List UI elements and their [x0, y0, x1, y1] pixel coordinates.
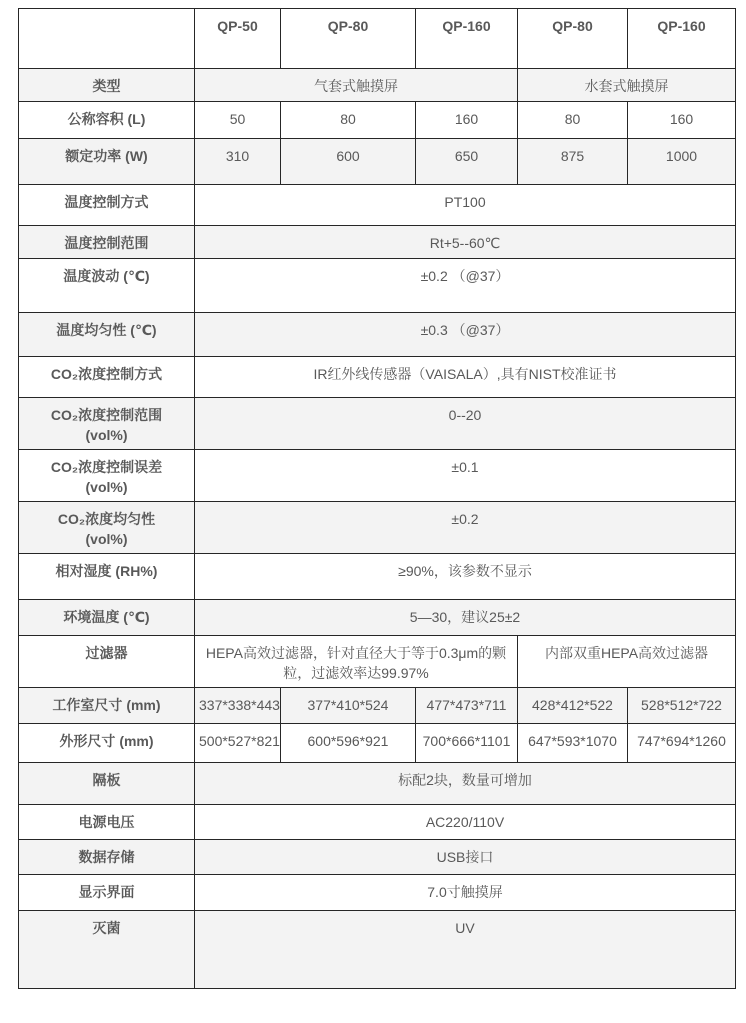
value-temp-control-method: PT100 — [195, 185, 736, 226]
label-filter: 过滤器 — [19, 636, 195, 688]
row-co2-control-range: CO₂浓度控制范围 (vol%) 0--20 — [19, 398, 736, 450]
value-sterilization: UV — [195, 911, 736, 989]
value-shelves: 标配2块，数量可增加 — [195, 763, 736, 805]
row-co2-control-method: CO₂浓度控制方式 IR红外线传感器（VAISALA）,具有NIST校准证书 — [19, 357, 736, 398]
row-co2-uniformity: CO₂浓度均匀性 (vol%) ±0.2 — [19, 502, 736, 554]
col-header-qp50: QP-50 — [195, 9, 281, 69]
value-filter-water-jacket: 内部双重HEPA高效过滤器 — [518, 636, 736, 688]
row-rated-power: 额定功率 (W) 310 600 650 875 1000 — [19, 139, 736, 185]
value-rated-power-4: 1000 — [628, 139, 736, 185]
label-relative-humidity: 相对湿度 (RH%) — [19, 554, 195, 600]
label-power-voltage: 电源电压 — [19, 805, 195, 840]
value-power-voltage: AC220/110V — [195, 805, 736, 840]
value-rated-power-0: 310 — [195, 139, 281, 185]
label-shelves: 隔板 — [19, 763, 195, 805]
label-co2-control-method: CO₂浓度控制方式 — [19, 357, 195, 398]
value-rated-power-2: 650 — [416, 139, 518, 185]
value-nominal-volume-2: 160 — [416, 102, 518, 139]
row-temp-fluctuation: 温度波动 (℃) ±0.2 （@37） — [19, 259, 736, 313]
row-chamber-size: 工作室尺寸 (mm) 337*338*443 377*410*524 477*4… — [19, 688, 736, 724]
row-nominal-volume: 公称容积 (L) 50 80 160 80 160 — [19, 102, 736, 139]
value-overall-size-3: 647*593*1070 — [518, 724, 628, 763]
label-sterilization: 灭菌 — [19, 911, 195, 989]
value-chamber-size-0: 337*338*443 — [195, 688, 281, 724]
label-temp-fluctuation: 温度波动 (℃) — [19, 259, 195, 313]
col-header-qp160-air: QP-160 — [416, 9, 518, 69]
header-row: QP-50 QP-80 QP-160 QP-80 QP-160 — [19, 9, 736, 69]
value-nominal-volume-3: 80 — [518, 102, 628, 139]
label-nominal-volume: 公称容积 (L) — [19, 102, 195, 139]
row-temp-control-range: 温度控制范围 Rt+5--60℃ — [19, 226, 736, 259]
value-chamber-size-1: 377*410*524 — [281, 688, 416, 724]
value-co2-control-method: IR红外线传感器（VAISALA）,具有NIST校准证书 — [195, 357, 736, 398]
value-overall-size-1: 600*596*921 — [281, 724, 416, 763]
spec-table: QP-50 QP-80 QP-160 QP-80 QP-160 类型 气套式触摸… — [18, 8, 736, 989]
label-ambient-temp: 环境温度 (℃) — [19, 600, 195, 636]
row-power-voltage: 电源电压 AC220/110V — [19, 805, 736, 840]
value-type-water-jacket: 水套式触摸屏 — [518, 69, 736, 102]
value-co2-control-range: 0--20 — [195, 398, 736, 450]
row-co2-control-error: CO₂浓度控制误差 (vol%) ±0.1 — [19, 450, 736, 502]
value-chamber-size-4: 528*512*722 — [628, 688, 736, 724]
value-temp-control-range: Rt+5--60℃ — [195, 226, 736, 259]
value-ambient-temp: 5—30，建议25±2 — [195, 600, 736, 636]
row-data-storage: 数据存储 USB接口 — [19, 840, 736, 875]
row-temp-uniformity: 温度均匀性 (℃) ±0.3 （@37） — [19, 313, 736, 357]
row-relative-humidity: 相对湿度 (RH%) ≥90%，该参数不显示 — [19, 554, 736, 600]
value-rated-power-1: 600 — [281, 139, 416, 185]
label-co2-uniformity: CO₂浓度均匀性 (vol%) — [19, 502, 195, 554]
row-display: 显示界面 7.0寸触摸屏 — [19, 875, 736, 911]
col-header-qp80-water: QP-80 — [518, 9, 628, 69]
value-filter-air-jacket: HEPA高效过滤器，针对直径大于等于0.3μm的颗粒，过滤效率达99.97% — [195, 636, 518, 688]
value-nominal-volume-0: 50 — [195, 102, 281, 139]
value-relative-humidity: ≥90%，该参数不显示 — [195, 554, 736, 600]
value-type-air-jacket: 气套式触摸屏 — [195, 69, 518, 102]
row-ambient-temp: 环境温度 (℃) 5—30，建议25±2 — [19, 600, 736, 636]
label-type: 类型 — [19, 69, 195, 102]
value-co2-uniformity: ±0.2 — [195, 502, 736, 554]
label-temp-control-method: 温度控制方式 — [19, 185, 195, 226]
value-rated-power-3: 875 — [518, 139, 628, 185]
value-overall-size-0: 500*527*821 — [195, 724, 281, 763]
value-chamber-size-3: 428*412*522 — [518, 688, 628, 724]
label-data-storage: 数据存储 — [19, 840, 195, 875]
label-rated-power: 额定功率 (W) — [19, 139, 195, 185]
col-header-qp80-air: QP-80 — [281, 9, 416, 69]
row-type: 类型 气套式触摸屏 水套式触摸屏 — [19, 69, 736, 102]
value-temp-fluctuation: ±0.2 （@37） — [195, 259, 736, 313]
label-co2-control-error: CO₂浓度控制误差 (vol%) — [19, 450, 195, 502]
label-chamber-size: 工作室尺寸 (mm) — [19, 688, 195, 724]
label-overall-size: 外形尺寸 (mm) — [19, 724, 195, 763]
label-co2-control-range: CO₂浓度控制范围 (vol%) — [19, 398, 195, 450]
value-data-storage: USB接口 — [195, 840, 736, 875]
label-display: 显示界面 — [19, 875, 195, 911]
col-header-qp160-water: QP-160 — [628, 9, 736, 69]
value-nominal-volume-1: 80 — [281, 102, 416, 139]
value-co2-control-error: ±0.1 — [195, 450, 736, 502]
value-overall-size-2: 700*666*1101 — [416, 724, 518, 763]
label-temp-control-range: 温度控制范围 — [19, 226, 195, 259]
corner-cell — [19, 9, 195, 69]
row-temp-control-method: 温度控制方式 PT100 — [19, 185, 736, 226]
value-overall-size-4: 747*694*1260 — [628, 724, 736, 763]
value-display: 7.0寸触摸屏 — [195, 875, 736, 911]
row-filter: 过滤器 HEPA高效过滤器，针对直径大于等于0.3μm的颗粒，过滤效率达99.9… — [19, 636, 736, 688]
row-overall-size: 外形尺寸 (mm) 500*527*821 600*596*921 700*66… — [19, 724, 736, 763]
value-chamber-size-2: 477*473*711 — [416, 688, 518, 724]
row-shelves: 隔板 标配2块，数量可增加 — [19, 763, 736, 805]
value-nominal-volume-4: 160 — [628, 102, 736, 139]
row-sterilization: 灭菌 UV — [19, 911, 736, 989]
value-temp-uniformity: ±0.3 （@37） — [195, 313, 736, 357]
label-temp-uniformity: 温度均匀性 (℃) — [19, 313, 195, 357]
